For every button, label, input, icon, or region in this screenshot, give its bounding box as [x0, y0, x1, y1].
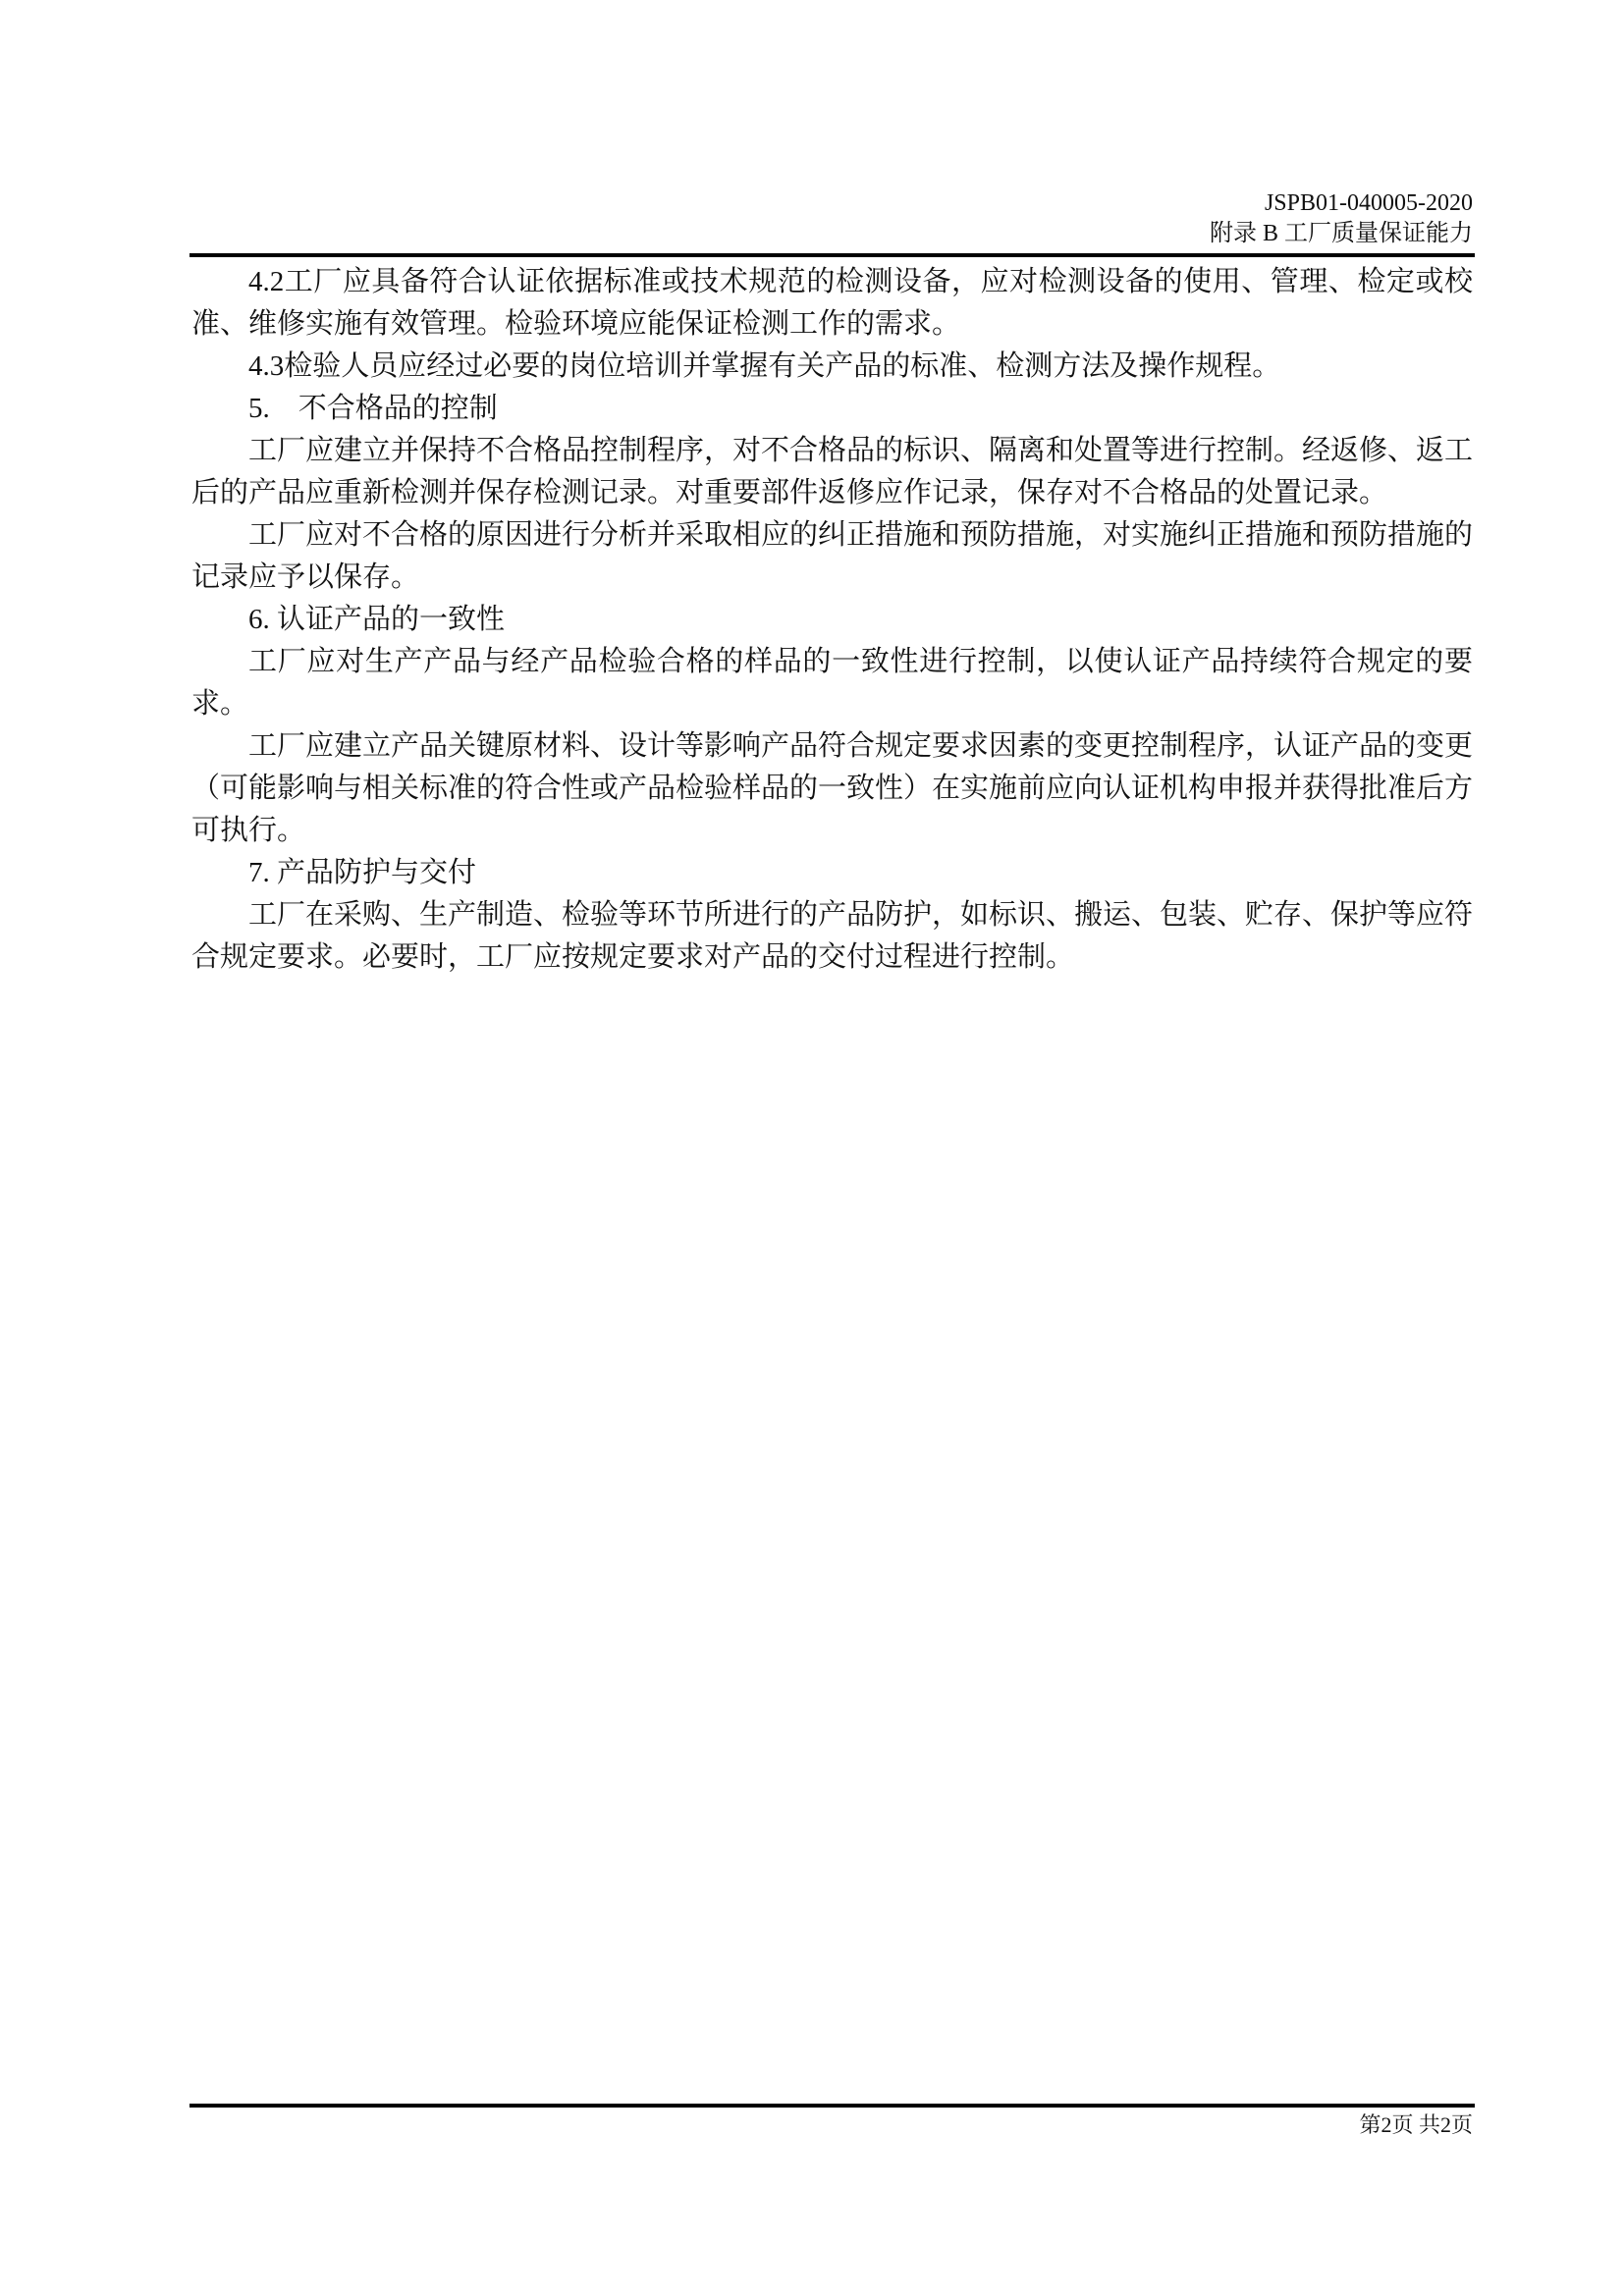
paragraph-6-1: 工厂应对生产产品与经产品检验合格的样品的一致性进行控制，以使认证产品持续符合规定…	[191, 641, 1473, 725]
footer-rule	[189, 2104, 1475, 2108]
doc-number: JSPB01-040005-2020	[191, 188, 1473, 219]
paragraph-4-3: 4.3检验人员应经过必要的岗位培训并掌握有关产品的标准、检测方法及操作规程。	[191, 346, 1473, 388]
heading-section-5: 5. 不合格品的控制	[191, 388, 1473, 430]
paragraph-5-2: 工厂应对不合格的原因进行分析并采取相应的纠正措施和预防措施，对实施纠正措施和预防…	[191, 514, 1473, 599]
paragraph-5-1: 工厂应建立并保持不合格品控制程序，对不合格品的标识、隔离和处置等进行控制。经返修…	[191, 430, 1473, 514]
document-body: 4.2工厂应具备符合认证依据标准或技术规范的检测设备，应对检测设备的使用、管理、…	[191, 261, 1473, 979]
appendix-title: 附录 B 工厂质量保证能力	[191, 219, 1473, 249]
page-number: 第2页 共2页	[191, 2110, 1473, 2140]
page-header: JSPB01-040005-2020 附录 B 工厂质量保证能力	[191, 188, 1473, 249]
heading-section-6: 6. 认证产品的一致性	[191, 599, 1473, 641]
document-page: JSPB01-040005-2020 附录 B 工厂质量保证能力 4.2工厂应具…	[0, 0, 1624, 2296]
header-rule	[189, 253, 1475, 257]
paragraph-7-1: 工厂在采购、生产制造、检验等环节所进行的产品防护，如标识、搬运、包装、贮存、保护…	[191, 894, 1473, 979]
heading-section-7: 7. 产品防护与交付	[191, 852, 1473, 894]
paragraph-6-2: 工厂应建立产品关键原材料、设计等影响产品符合规定要求因素的变更控制程序，认证产品…	[191, 725, 1473, 852]
paragraph-4-2: 4.2工厂应具备符合认证依据标准或技术规范的检测设备，应对检测设备的使用、管理、…	[191, 261, 1473, 346]
